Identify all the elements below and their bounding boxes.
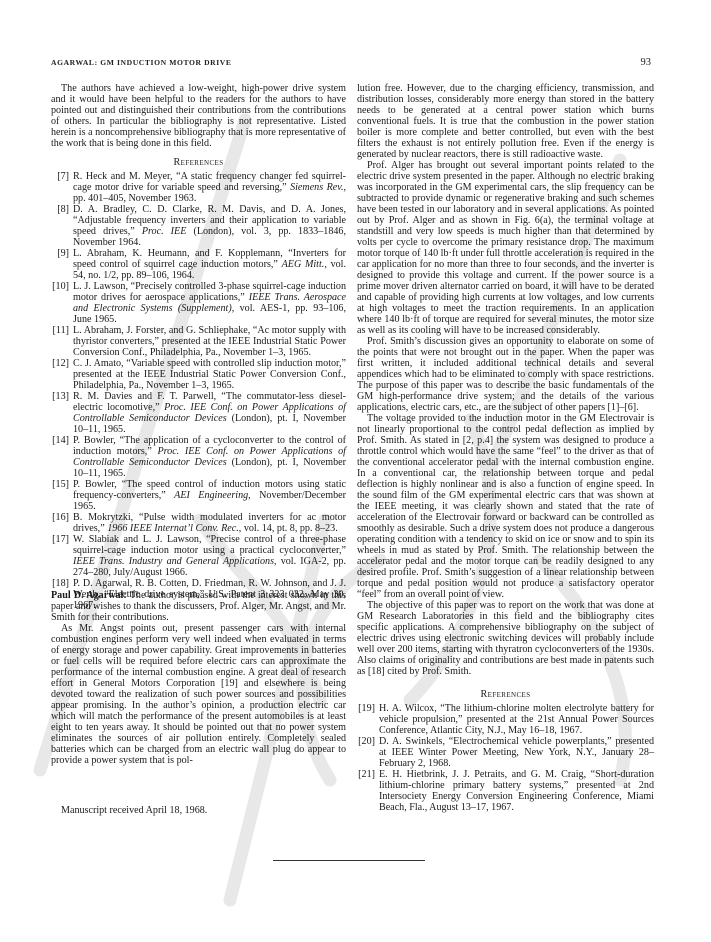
reference-source: Siemens Rev.	[290, 182, 343, 193]
reference-item: [17]W. Slabiak and L. J. Lawson, “Precis…	[51, 534, 346, 578]
reference-item: [11]L. Abraham, J. Forster, and G. Schli…	[51, 325, 346, 358]
body-paragraph: lution free. However, due to the chargin…	[357, 83, 654, 160]
reference-source: Proc. IEE	[142, 226, 187, 237]
reference-item: [9]L. Abraham, K. Heumann, and F. Kopple…	[51, 248, 346, 281]
manuscript-note: Manuscript received April 18, 1968.	[61, 805, 207, 816]
reference-number: [16]	[51, 512, 73, 523]
reference-source: 1966 IEEE Internat’l Conv. Rec.	[107, 523, 239, 534]
reference-item: [13]R. M. Davies and F. T. Parwell, “The…	[51, 391, 346, 435]
reference-item: [15]P. Bowler, “The speed control of ind…	[51, 479, 346, 512]
reference-list: [7]R. Heck and M. Meyer, “A static frequ…	[51, 171, 346, 611]
right-column: lution free. However, due to the chargin…	[357, 83, 654, 813]
reference-item: [14]P. Bowler, “The application of a cyc…	[51, 435, 346, 479]
reply-paragraph: As Mr. Angst points out, present passeng…	[51, 623, 346, 766]
references-heading: References	[51, 157, 346, 168]
body-paragraph: Prof. Alger has brought out several impo…	[357, 160, 654, 336]
reply-opening: Paul D. Agarwal: The author is pleased w…	[51, 590, 346, 623]
reference-number: [14]	[51, 435, 73, 446]
reference-list: [19]H. A. Wilcox, “The lithium-chlorine …	[357, 703, 654, 813]
reference-text: D. A. Swinkels, “Electrochemical vehicle…	[379, 736, 654, 769]
reference-number: [18]	[51, 578, 73, 589]
reference-item: [21]E. H. Hietbrink, J. J. Petraits, and…	[357, 769, 654, 813]
reference-number: [11]	[51, 325, 73, 336]
journal-page: AGARWAL: GM INDUCTION MOTOR DRIVE 93 The…	[0, 0, 711, 942]
reference-item: [19]H. A. Wilcox, “The lithium-chlorine …	[357, 703, 654, 736]
reference-number: [15]	[51, 479, 73, 490]
footer-divider	[273, 860, 425, 861]
reference-item: [7]R. Heck and M. Meyer, “A static frequ…	[51, 171, 346, 204]
reference-number: [12]	[51, 358, 73, 369]
reference-text: C. J. Amato, “Variable speed with contro…	[73, 358, 346, 391]
running-head: AGARWAL: GM INDUCTION MOTOR DRIVE	[51, 58, 232, 67]
reference-item: [16]B. Mokrytzki, “Pulse width modulated…	[51, 512, 346, 534]
reference-text: H. A. Wilcox, “The lithium-chlorine molt…	[379, 703, 654, 736]
page-number: 93	[641, 57, 652, 68]
reference-item: [8]D. A. Bradley, C. D. Clarke, R. M. Da…	[51, 204, 346, 248]
reference-source: AEI Engineering	[174, 490, 248, 501]
reference-source: IEEE Trans. Industry and General Applica…	[73, 556, 274, 567]
reference-source: AEG Mitt.	[282, 259, 325, 270]
reference-number: [20]	[357, 736, 379, 747]
reference-text: E. H. Hietbrink, J. J. Petraits, and G. …	[379, 769, 654, 813]
reference-item: [20]D. A. Swinkels, “Electrochemical veh…	[357, 736, 654, 769]
reference-number: [10]	[51, 281, 73, 292]
intro-paragraph: The authors have achieved a low-weight, …	[51, 83, 346, 149]
body-paragraph: Prof. Smith’s discussion gives an opport…	[357, 336, 654, 413]
reference-number: [19]	[357, 703, 379, 714]
reference-number: [17]	[51, 534, 73, 545]
references-heading: References	[357, 689, 654, 700]
reference-number: [8]	[51, 204, 73, 215]
reply-speaker: Paul D. Agarwal:	[51, 590, 127, 601]
body-paragraph: The objective of this paper was to repor…	[357, 600, 654, 677]
body-paragraph: The voltage provided to the induction mo…	[357, 413, 654, 600]
reference-item: [10]L. J. Lawson, “Precisely controlled …	[51, 281, 346, 325]
reference-text: W. Slabiak and L. J. Lawson, “Precise co…	[73, 534, 346, 556]
reference-text: L. Abraham, J. Forster, and G. Schliepha…	[73, 325, 346, 358]
reference-number: [7]	[51, 171, 73, 182]
reference-number: [21]	[357, 769, 379, 780]
left-column: The authors have achieved a low-weight, …	[51, 83, 346, 611]
reference-item: [12]C. J. Amato, “Variable speed with co…	[51, 358, 346, 391]
author-reply: Paul D. Agarwal: The author is pleased w…	[51, 590, 346, 766]
reference-number: [13]	[51, 391, 73, 402]
reference-number: [9]	[51, 248, 73, 259]
reference-details: , vol. 14, pt. 8, pp. 8–23.	[239, 523, 338, 534]
